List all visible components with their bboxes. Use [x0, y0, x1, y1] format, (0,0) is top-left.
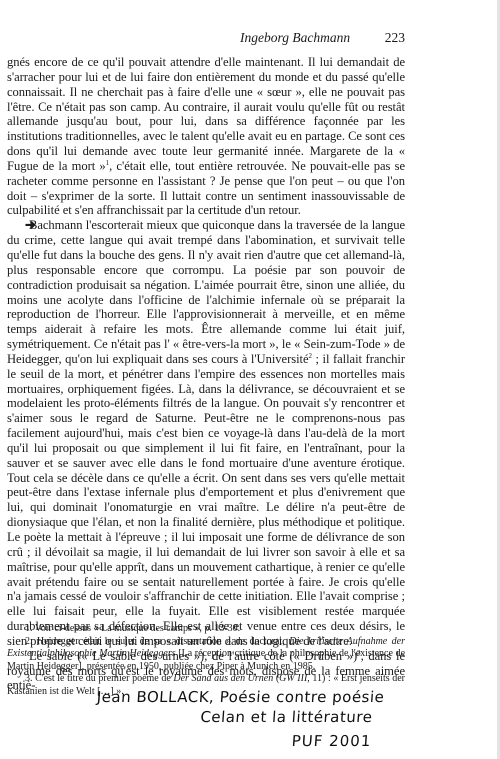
footnote-2-text: 2. Heidegger était le sujet de sa « diss… — [25, 636, 289, 647]
footnote-2: 2. Heidegger était le sujet de sa « diss… — [7, 636, 405, 674]
running-head: Ingeborg Bachmann 223 — [240, 30, 405, 46]
paragraph-2-text: Bachmann l'escorterait mieux que quiconq… — [7, 218, 405, 366]
handwritten-line-3: PUF 2001 — [291, 732, 372, 750]
footnote-3-ref: GW III — [279, 673, 307, 684]
body-text: gnés encore de ce qu'il pouvait attendre… — [7, 55, 405, 693]
handwritten-line-1: Jean BOLLACK, Poésie contre poésie — [96, 688, 385, 706]
handwritten-line-2: Celan et la littérature — [200, 708, 373, 726]
paragraph-2-text-end: ; il fallait franchir le seuil de la mor… — [7, 352, 405, 648]
paragraph-1: gnés encore de ce qu'il pouvait attendre… — [7, 55, 405, 218]
page-number: 223 — [385, 30, 405, 46]
footnote-3-text: 3. C'est le titre du premier poème de — [25, 673, 173, 684]
paragraph-1-text: gnés encore de ce qu'il pouvait attendre… — [7, 55, 405, 173]
footnote-1: 1. Voir ci-dessus « La musique des camps… — [7, 623, 405, 636]
running-head-title: Ingeborg Bachmann — [240, 30, 350, 46]
book-page: Ingeborg Bachmann 223 gnés encore de ce … — [0, 0, 500, 759]
arrow-mark-icon: ➔ — [3, 218, 36, 233]
footnote-3-title: Der Sand aus den Urnen — [173, 673, 273, 684]
handwritten-citation: Jean BOLLACK, Poésie contre poésie Celan… — [93, 688, 438, 758]
paragraph-2: ➔Bachmann l'escorterait mieux que quicon… — [7, 218, 405, 648]
